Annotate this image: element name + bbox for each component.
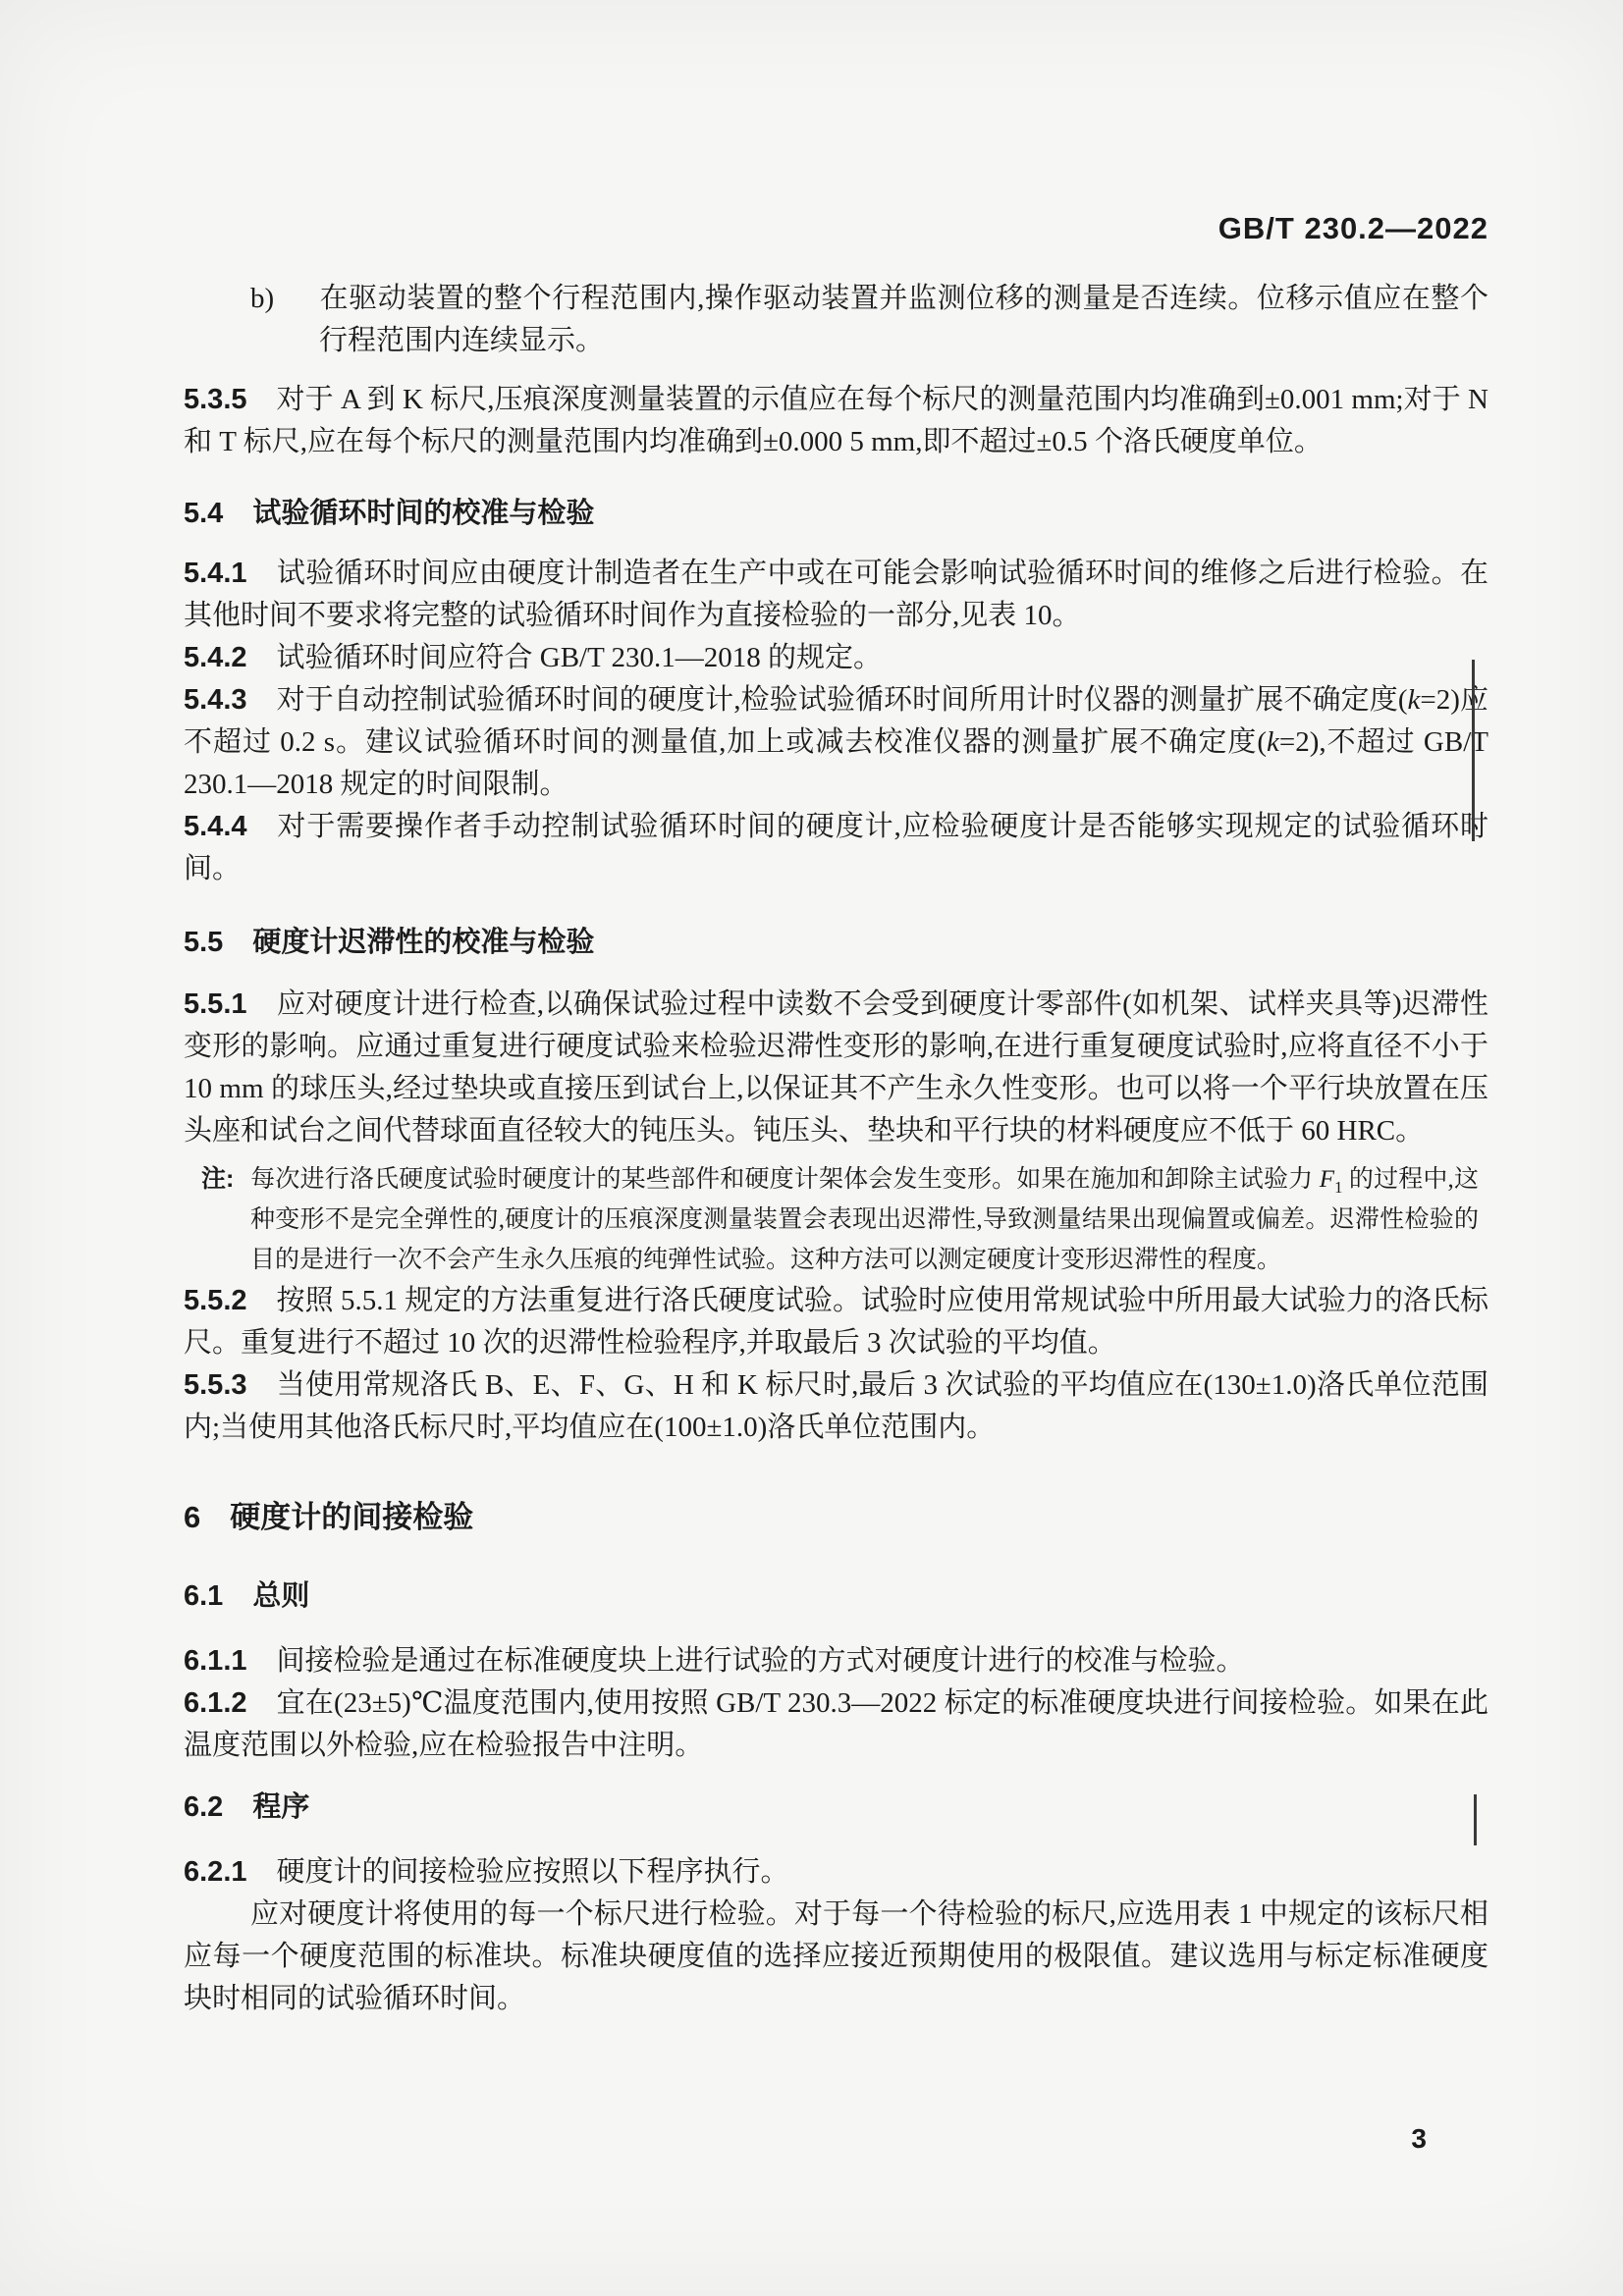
heading-6-2: 6.2程序 [184, 1787, 1488, 1829]
heading-number: 6.1 [184, 1580, 223, 1612]
heading-number: 5.5 [184, 927, 223, 958]
list-item-b: b)在驱动装置的整个行程范围内,操作驱动装置并监测位移的测量是否连续。位移示值应… [319, 278, 1488, 362]
page-content: GB/T 230.2—2022 b)在驱动装置的整个行程范围内,操作驱动装置并监… [0, 0, 1623, 2020]
heading-number: 6.2 [184, 1791, 223, 1823]
clause-text: 按照 5.5.1 规定的方法重复进行洛氏硬度试验。试验时应使用常规试验中所用最大… [184, 1285, 1488, 1359]
clause-5-4-2: 5.4.2试验循环时间应符合 GB/T 230.1—2018 的规定。 [184, 637, 1488, 679]
clause-text: 试验循环时间应符合 GB/T 230.1—2018 的规定。 [277, 642, 883, 673]
clause-number: 6.1.2 [184, 1687, 247, 1719]
clause-text: 对于 A 到 K 标尺,压痕深度测量装置的示值应在每个标尺的测量范围内均准确到±… [184, 384, 1488, 457]
clause-number: 5.4.1 [184, 558, 247, 589]
note-block: 注:每次进行洛氏硬度试验时硬度计的某些部件和硬度计架体会发生变形。如果在施加和卸… [250, 1159, 1479, 1280]
revision-change-bar [1474, 1794, 1477, 1845]
clause-text: 对于自动控制试验循环时间的硬度计,检验试验循环时间所用计时仪器的测量扩展不确定度… [277, 684, 1408, 716]
heading-6: 6硬度计的间接检验 [184, 1495, 1488, 1540]
variable-k: k [1408, 684, 1421, 716]
clause-5-4-3: 5.4.3对于自动控制试验循环时间的硬度计,检验试验循环时间所用计时仪器的测量扩… [184, 679, 1488, 806]
clause-number: 6.2.1 [184, 1856, 247, 1888]
clause-number: 5.4.4 [184, 811, 247, 842]
clause-6-1-1: 6.1.1间接检验是通过在标准硬度块上进行试验的方式对硬度计进行的校准与检验。 [184, 1640, 1488, 1682]
document-page: GB/T 230.2—2022 b)在驱动装置的整个行程范围内,操作驱动装置并监… [0, 0, 1623, 2296]
clause-5-5-2: 5.5.2按照 5.5.1 规定的方法重复进行洛氏硬度试验。试验时应使用常规试验… [184, 1280, 1488, 1364]
clause-number: 5.4.3 [184, 684, 247, 716]
heading-title: 程序 [252, 1791, 309, 1823]
standard-number-header: GB/T 230.2—2022 [184, 211, 1488, 246]
clause-number: 5.4.2 [184, 642, 247, 673]
clause-5-5-3: 5.5.3当使用常规洛氏 B、E、F、G、H 和 K 标尺时,最后 3 次试验的… [184, 1364, 1488, 1449]
clause-text: 试验循环时间应由硬度计制造者在生产中或在可能会影响试验循环时间的维修之后进行检验… [184, 558, 1488, 631]
note-text: 每次进行洛氏硬度试验时硬度计的某些部件和硬度计架体会发生变形。如果在施加和卸除主… [250, 1166, 1320, 1193]
clause-number: 6.1.1 [184, 1645, 247, 1677]
clause-5-3-5: 5.3.5对于 A 到 K 标尺,压痕深度测量装置的示值应在每个标尺的测量范围内… [184, 379, 1488, 463]
clause-6-1-2: 6.1.2宜在(23±5)℃温度范围内,使用按照 GB/T 230.3—2022… [184, 1682, 1488, 1767]
variable-k: k [1267, 726, 1279, 758]
revision-change-bar [1472, 660, 1475, 841]
clause-text: 对于需要操作者手动控制试验循环时间的硬度计,应检验硬度计是否能够实现规定的试验循… [184, 811, 1488, 884]
heading-6-1: 6.1总则 [184, 1575, 1488, 1618]
heading-title: 试验循环时间的校准与检验 [252, 498, 594, 529]
heading-5-5: 5.5硬度计迟滞性的校准与检验 [184, 922, 1488, 964]
clause-text: 宜在(23±5)℃温度范围内,使用按照 GB/T 230.3—2022 标定的标… [184, 1687, 1488, 1761]
heading-title: 总则 [252, 1580, 309, 1612]
note-label: 注: [201, 1159, 250, 1200]
clause-text: 当使用常规洛氏 B、E、F、G、H 和 K 标尺时,最后 3 次试验的平均值应在… [184, 1369, 1488, 1443]
procedure-paragraph: 应对硬度计将使用的每一个标尺进行检验。对于每一个待检验的标尺,应选用表 1 中规… [184, 1894, 1488, 2020]
clause-text: 硬度计的间接检验应按照以下程序执行。 [277, 1856, 789, 1888]
heading-5-4: 5.4试验循环时间的校准与检验 [184, 493, 1488, 535]
clause-5-4-1: 5.4.1试验循环时间应由硬度计制造者在生产中或在可能会影响试验循环时间的维修之… [184, 553, 1488, 637]
clause-number: 5.5.3 [184, 1369, 247, 1401]
clause-6-2-1: 6.2.1硬度计的间接检验应按照以下程序执行。 [184, 1851, 1488, 1894]
clause-text: 应对硬度计将使用的每一个标尺进行检验。对于每一个待检验的标尺,应选用表 1 中规… [184, 1898, 1488, 2014]
heading-number: 6 [184, 1500, 200, 1534]
clause-5-4-4: 5.4.4对于需要操作者手动控制试验循环时间的硬度计,应检验硬度计是否能够实现规… [184, 806, 1488, 890]
list-item-label: b) [250, 278, 319, 320]
clause-number: 5.5.1 [184, 988, 247, 1020]
clause-5-5-1: 5.5.1应对硬度计进行检查,以确保试验过程中读数不会受到硬度计零部件(如机架、… [184, 984, 1488, 1152]
clause-number: 5.5.2 [184, 1285, 247, 1316]
clause-text: 间接检验是通过在标准硬度块上进行试验的方式对硬度计进行的校准与检验。 [277, 1645, 1245, 1677]
clause-number: 5.3.5 [184, 384, 247, 415]
page-number: 3 [1411, 2123, 1427, 2155]
heading-title: 硬度计迟滞性的校准与检验 [252, 927, 594, 958]
variable-F: F [1320, 1166, 1334, 1193]
heading-title: 硬度计的间接检验 [230, 1500, 473, 1534]
heading-number: 5.4 [184, 498, 223, 529]
clause-text: 应对硬度计进行检查,以确保试验过程中读数不会受到硬度计零部件(如机架、试样夹具等… [184, 988, 1488, 1147]
list-item-text: 在驱动装置的整个行程范围内,操作驱动装置并监测位移的测量是否连续。位移示值应在整… [319, 283, 1488, 356]
